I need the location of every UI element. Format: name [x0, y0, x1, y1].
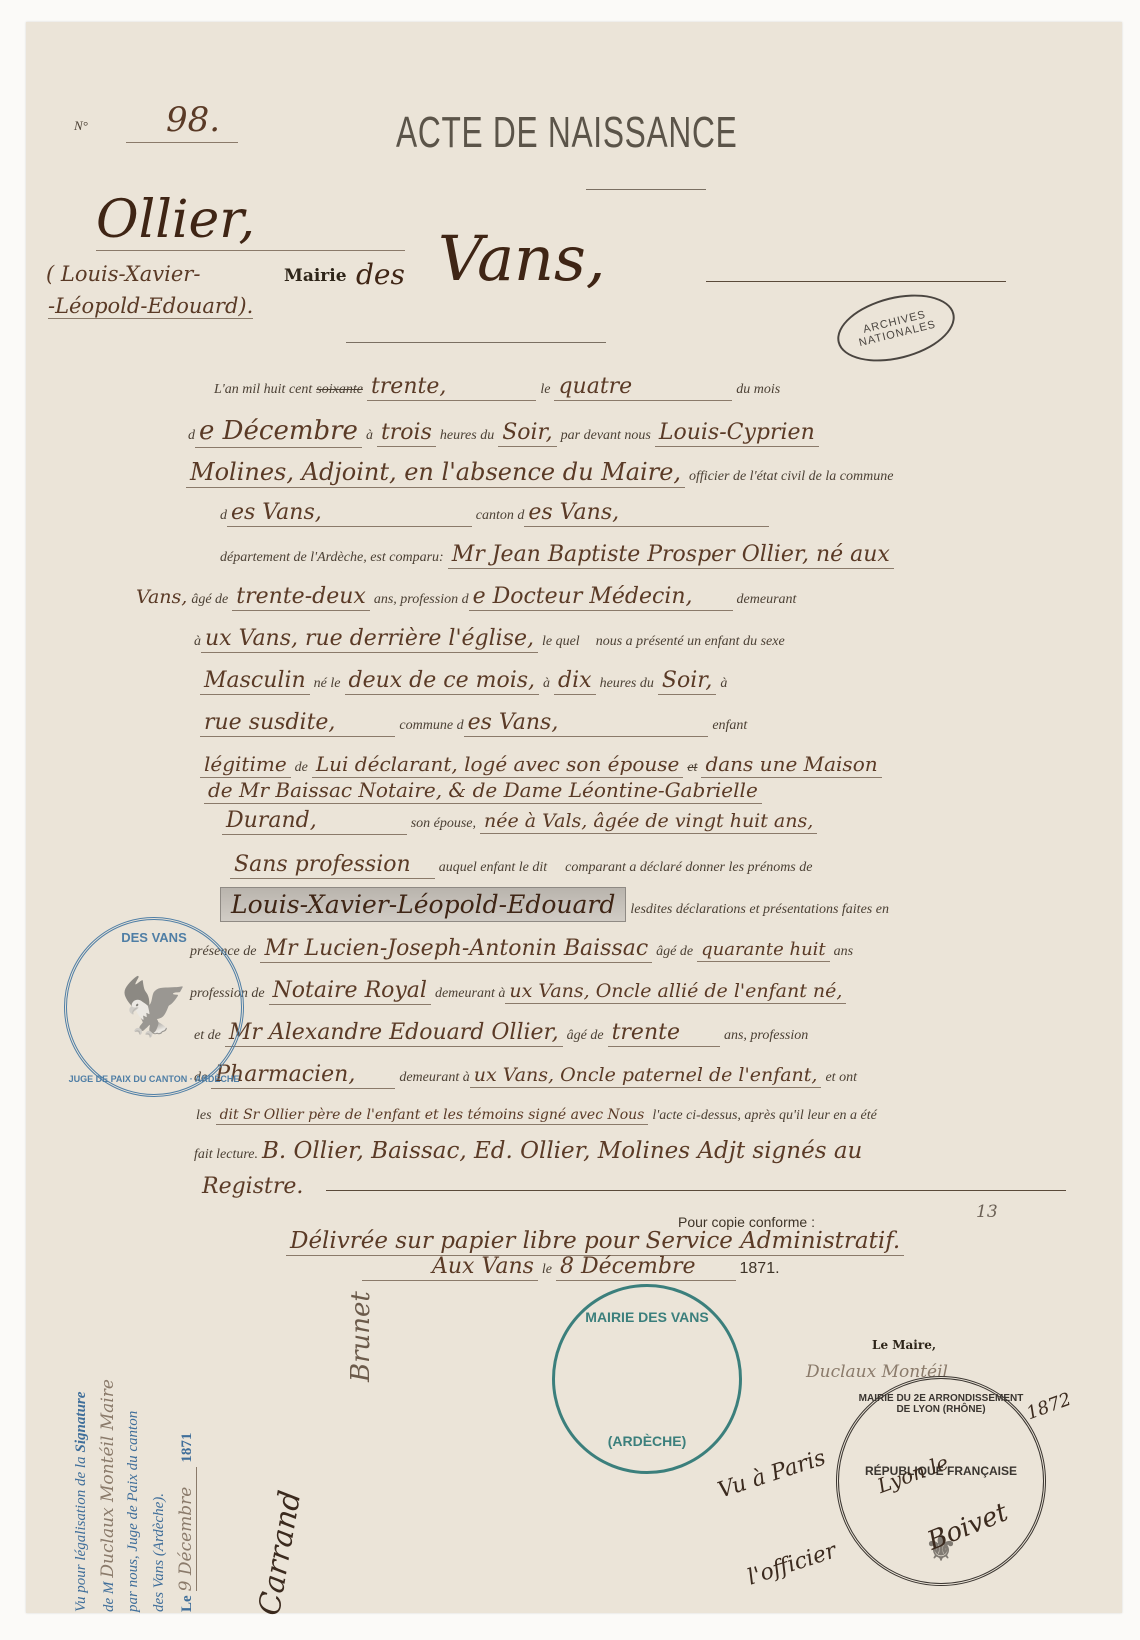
printed-text: heures du [440, 428, 494, 443]
printed-text: canton d [476, 508, 525, 523]
body-line-5: département de l'Ardèche, est comparu: M… [220, 542, 894, 567]
mother-field: de Mr Baissac Notaire, & de Dame Léontin… [204, 778, 762, 804]
stamp-text-outer: MAIRIE DU 2E ARRONDISSEMENT DE LYON (RHÔ… [853, 1393, 1029, 1415]
printed-text: le quel [542, 634, 580, 649]
body-line-8: Masculin né le deux de ce mois, à dix he… [200, 668, 727, 693]
body-line-1: L'an mil huit cent soixante trente, le q… [214, 374, 780, 399]
stamp-text-ring: JUGE DE PAIX DU CANTON · ARDÈCHE [67, 1074, 241, 1084]
lyon-mairie-stamp: MAIRIE DU 2E ARRONDISSEMENT DE LYON (RHÔ… [836, 1376, 1046, 1586]
given-names-line2: -Léopold-Edouard). [48, 294, 253, 319]
body-line-15: présence de Mr Lucien-Joseph-Antonin Bai… [190, 936, 853, 961]
printed-text: heures du [600, 676, 654, 691]
body-line-12: Durand, son épouse, née à Vals, âgée de … [222, 808, 817, 833]
printed-text: comparant a déclaré donner les prénoms d… [565, 860, 812, 875]
birth-place-field: rue susdite, [200, 710, 395, 737]
printed-text: 1871 [179, 1433, 195, 1463]
legalisation-line-3: par nous, Juge de Paix du canton [124, 1212, 150, 1612]
mother-surname-field: Durand, [222, 808, 407, 835]
day-field: quatre [554, 374, 732, 401]
printed-text: le [542, 1262, 552, 1277]
hour-field: trois [377, 420, 436, 447]
handwritten-text: 9 Décembre [176, 1467, 197, 1592]
eagle-emblem-icon: 🦅 [119, 974, 189, 1040]
mairie-prefix: des [356, 258, 405, 291]
body-line-6: Vans, âgé de trente-deux ans, profession… [136, 584, 796, 609]
printed-text: de M [101, 1582, 117, 1612]
body-line-4: des Vans, canton des Vans, [220, 500, 769, 525]
struck-text: soixante [316, 382, 363, 397]
declarant-age-field: trente-deux [232, 584, 370, 611]
archives-nationales-stamp: ARCHIVES NATIONALES [830, 283, 961, 372]
birth-hour-field: dix [554, 668, 596, 695]
printed-text: et ont [825, 1070, 857, 1085]
declarant-profession-field: e Docteur Médecin, [469, 584, 733, 611]
document-title: ACTE DE NAISSANCE [396, 108, 737, 158]
printed-text: de [295, 760, 308, 775]
handwritten-text: Duclaux Montéil Maire [98, 1379, 118, 1578]
printed-text: Le [179, 1595, 195, 1612]
father-field: Lui déclarant, logé avec son épouse [312, 752, 683, 778]
witness2-age-field: trente [608, 1020, 720, 1047]
printed-text: le [540, 382, 550, 397]
residence-field: dans une Maison [701, 752, 881, 778]
officer-name-field: Louis-Cyprien [655, 420, 819, 447]
surname: Ollier, [96, 190, 405, 251]
middle-signature: Brunet [346, 1291, 376, 1382]
delivery-date: 8 Décembre [556, 1254, 735, 1281]
body-line-18: de Pharmacien, demeurant àux Vans, Oncle… [194, 1062, 857, 1087]
legalisation-signature: Carrand [252, 1488, 308, 1618]
printed-text: les [196, 1108, 212, 1123]
printed-text: à [543, 676, 550, 691]
mairie-label: Mairie [284, 266, 347, 286]
printed-text: ans, profession d [374, 592, 469, 607]
birth-day-field: deux de ce mois, [345, 668, 540, 695]
printed-text: l'acte ci-dessus, après qu'il leur en a … [652, 1108, 877, 1123]
printed-text: à [720, 676, 727, 691]
registry-closing-rule [326, 1190, 1066, 1191]
delivery-place: Aux Vans [362, 1254, 538, 1281]
lyon-note-1: Vu à Paris [715, 1445, 829, 1503]
number-label: N° [74, 118, 88, 134]
declarant-address-field: ux Vans, rue derrière l'église, [201, 626, 538, 653]
body-line-20: fait lecture. B. Ollier, Baissac, Ed. Ol… [194, 1138, 862, 1164]
time-of-day-field: Soir, [498, 420, 556, 447]
printed-text: ans, profession [724, 1028, 808, 1043]
printed-text: à [366, 428, 373, 443]
sex-field: Masculin [200, 668, 310, 695]
printed-text: âgé de [567, 1028, 604, 1043]
printed-text: fait lecture. [194, 1147, 258, 1162]
printed-text: L'an mil huit cent [214, 382, 312, 397]
printed-text: commune d [399, 718, 463, 733]
printed-text: âgé de [656, 944, 693, 959]
body-line-11: de Mr Baissac Notaire, & de Dame Léontin… [204, 778, 762, 802]
stamp-text-top: MAIRIE DES VANS [585, 1309, 708, 1325]
printed-text: d [220, 508, 227, 523]
printed-text: par devant nous [561, 428, 651, 443]
printed-text: à [194, 634, 201, 649]
printed-text: officier de l'état civil de la commune [689, 469, 893, 484]
page-note: 13 [976, 1202, 998, 1222]
body-line-17: et de Mr Alexandre Edouard Ollier, âgé d… [194, 1020, 808, 1045]
body-line-7: àux Vans, rue derrière l'église, le quel… [194, 626, 785, 651]
printed-text: son épouse, [411, 816, 476, 831]
act-number: 98. [126, 100, 238, 143]
body-line-9: rue susdite, commune des Vans, enfant [200, 710, 747, 735]
legalisation-line-2: de M Duclaux Montéil Maire [98, 1212, 124, 1612]
mother-profession-field: Sans profession [230, 852, 435, 879]
printed-text: né le [314, 676, 341, 691]
printed-text: enfant [712, 718, 747, 733]
year-field: trente, [367, 374, 536, 401]
header-rule [706, 281, 1006, 282]
birth-certificate-page: N° 98. ACTE DE NAISSANCE Ollier, ( Louis… [26, 22, 1122, 1613]
printed-text: lesdites déclarations et présentations f… [630, 902, 889, 917]
child-given-names-field: Louis-Xavier-Léopold-Edouard [220, 887, 626, 922]
commune-field: es Vans, [227, 500, 472, 527]
printed-text: département de l'Ardèche, est comparu: [220, 550, 444, 565]
printed-text: demeurant à [435, 986, 505, 1001]
body-line-19: les dit Sr Ollier père de l'enfant et le… [196, 1106, 877, 1124]
declarant-field: Mr Jean Baptiste Prosper Ollier, né aux [448, 542, 894, 569]
printed-text: nous a présenté un enfant du sexe [596, 634, 785, 649]
body-line-3: Molines, Adjoint, en l'absence du Maire,… [186, 458, 893, 486]
body-line-16: profession de Notaire Royal demeurant àu… [190, 978, 846, 1003]
birth-commune-field: es Vans, [464, 710, 709, 737]
printed-text: ans [834, 944, 853, 959]
printed-text: d [188, 428, 195, 443]
legalisation-line-5: Le 9 Décembre 1871 [176, 1212, 202, 1612]
legitimacy-field: légitime [200, 752, 291, 778]
legalisation-line-1: Vu pour légalisation de la Signature [72, 1212, 98, 1612]
header-ornament [346, 342, 606, 343]
printed-text: Vu pour légalisation de la [73, 1456, 89, 1612]
printed-text: par nous, Juge de Paix du canton [125, 1411, 141, 1612]
canton-field: es Vans, [524, 500, 769, 527]
delivery-place-date: Aux Vans le 8 Décembre 1871. [362, 1254, 780, 1279]
printed-text: demeurant à [399, 1070, 469, 1085]
mayor-label: Le Maire, [872, 1338, 936, 1352]
body-line-13: Sans profession auquel enfant le dit com… [230, 852, 812, 877]
lyon-note-2: l'officier [744, 1538, 839, 1590]
legalisation-block: Vu pour légalisation de la Signature de … [72, 1212, 202, 1612]
registry-field: Registre. [202, 1174, 303, 1199]
struck-text: et [687, 760, 697, 775]
officer-title-field: Molines, Adjoint, en l'absence du Maire, [186, 458, 685, 488]
delivery-year: 1871. [740, 1260, 780, 1277]
printed-text: Signature [73, 1392, 89, 1453]
witness1-name-field: Mr Lucien-Joseph-Antonin Baissac [260, 936, 652, 963]
printed-text: demeurant [737, 592, 797, 607]
delivery-note: Délivrée sur papier libre pour Service A… [286, 1228, 904, 1256]
title-flourish [586, 189, 706, 190]
mairie-des-vans-stamp: MAIRIE DES VANS (ARDÈCHE) [552, 1284, 742, 1474]
body-line-14: Louis-Xavier-Léopold-Edouard lesdites dé… [220, 890, 889, 919]
month-field: e Décembre [195, 416, 362, 448]
body-line-10: légitime de Lui déclarant, logé avec son… [200, 752, 882, 776]
body-line-21: Registre. [202, 1174, 303, 1199]
registry-signatures-field: B. Ollier, Baissac, Ed. Ollier, Molines … [262, 1138, 862, 1164]
printed-text: des Vans (Ardèche). [151, 1493, 167, 1612]
printed-text: auquel enfant le dit [439, 860, 547, 875]
margin-text: Vans, [136, 586, 187, 608]
printed-text: du mois [736, 382, 780, 397]
legalisation-line-4: des Vans (Ardèche). [150, 1212, 176, 1612]
witness1-profession-field: Notaire Royal [269, 978, 431, 1005]
printed-text: âgé de [191, 592, 228, 607]
witness1-address-field: ux Vans, Oncle allié de l'enfant né, [505, 980, 846, 1004]
witness2-name-field: Mr Alexandre Edouard Ollier, [225, 1020, 563, 1047]
commune-name: Vans, [438, 222, 606, 295]
witness1-age-field: quarante huit [697, 939, 830, 962]
birth-time-of-day-field: Soir, [658, 668, 716, 695]
lyon-year: 1872 [1024, 1389, 1074, 1424]
signatories-field: dit Sr Ollier père de l'enfant et les té… [216, 1107, 649, 1125]
witness2-address-field: ux Vans, Oncle paternel de l'enfant, [470, 1064, 822, 1088]
stamp-text-top: DES VANS [67, 930, 241, 945]
given-names-line1: ( Louis-Xavier- [46, 262, 200, 286]
body-line-2: de Décembre à trois heures du Soir, par … [188, 416, 819, 446]
mother-origin-field: née à Vals, âgée de vingt huit ans, [480, 810, 817, 834]
juge-de-paix-stamp: DES VANS 🦅 JUGE DE PAIX DU CANTON · ARDÈ… [64, 917, 244, 1097]
stamp-text-bottom: (ARDÈCHE) [608, 1433, 687, 1449]
